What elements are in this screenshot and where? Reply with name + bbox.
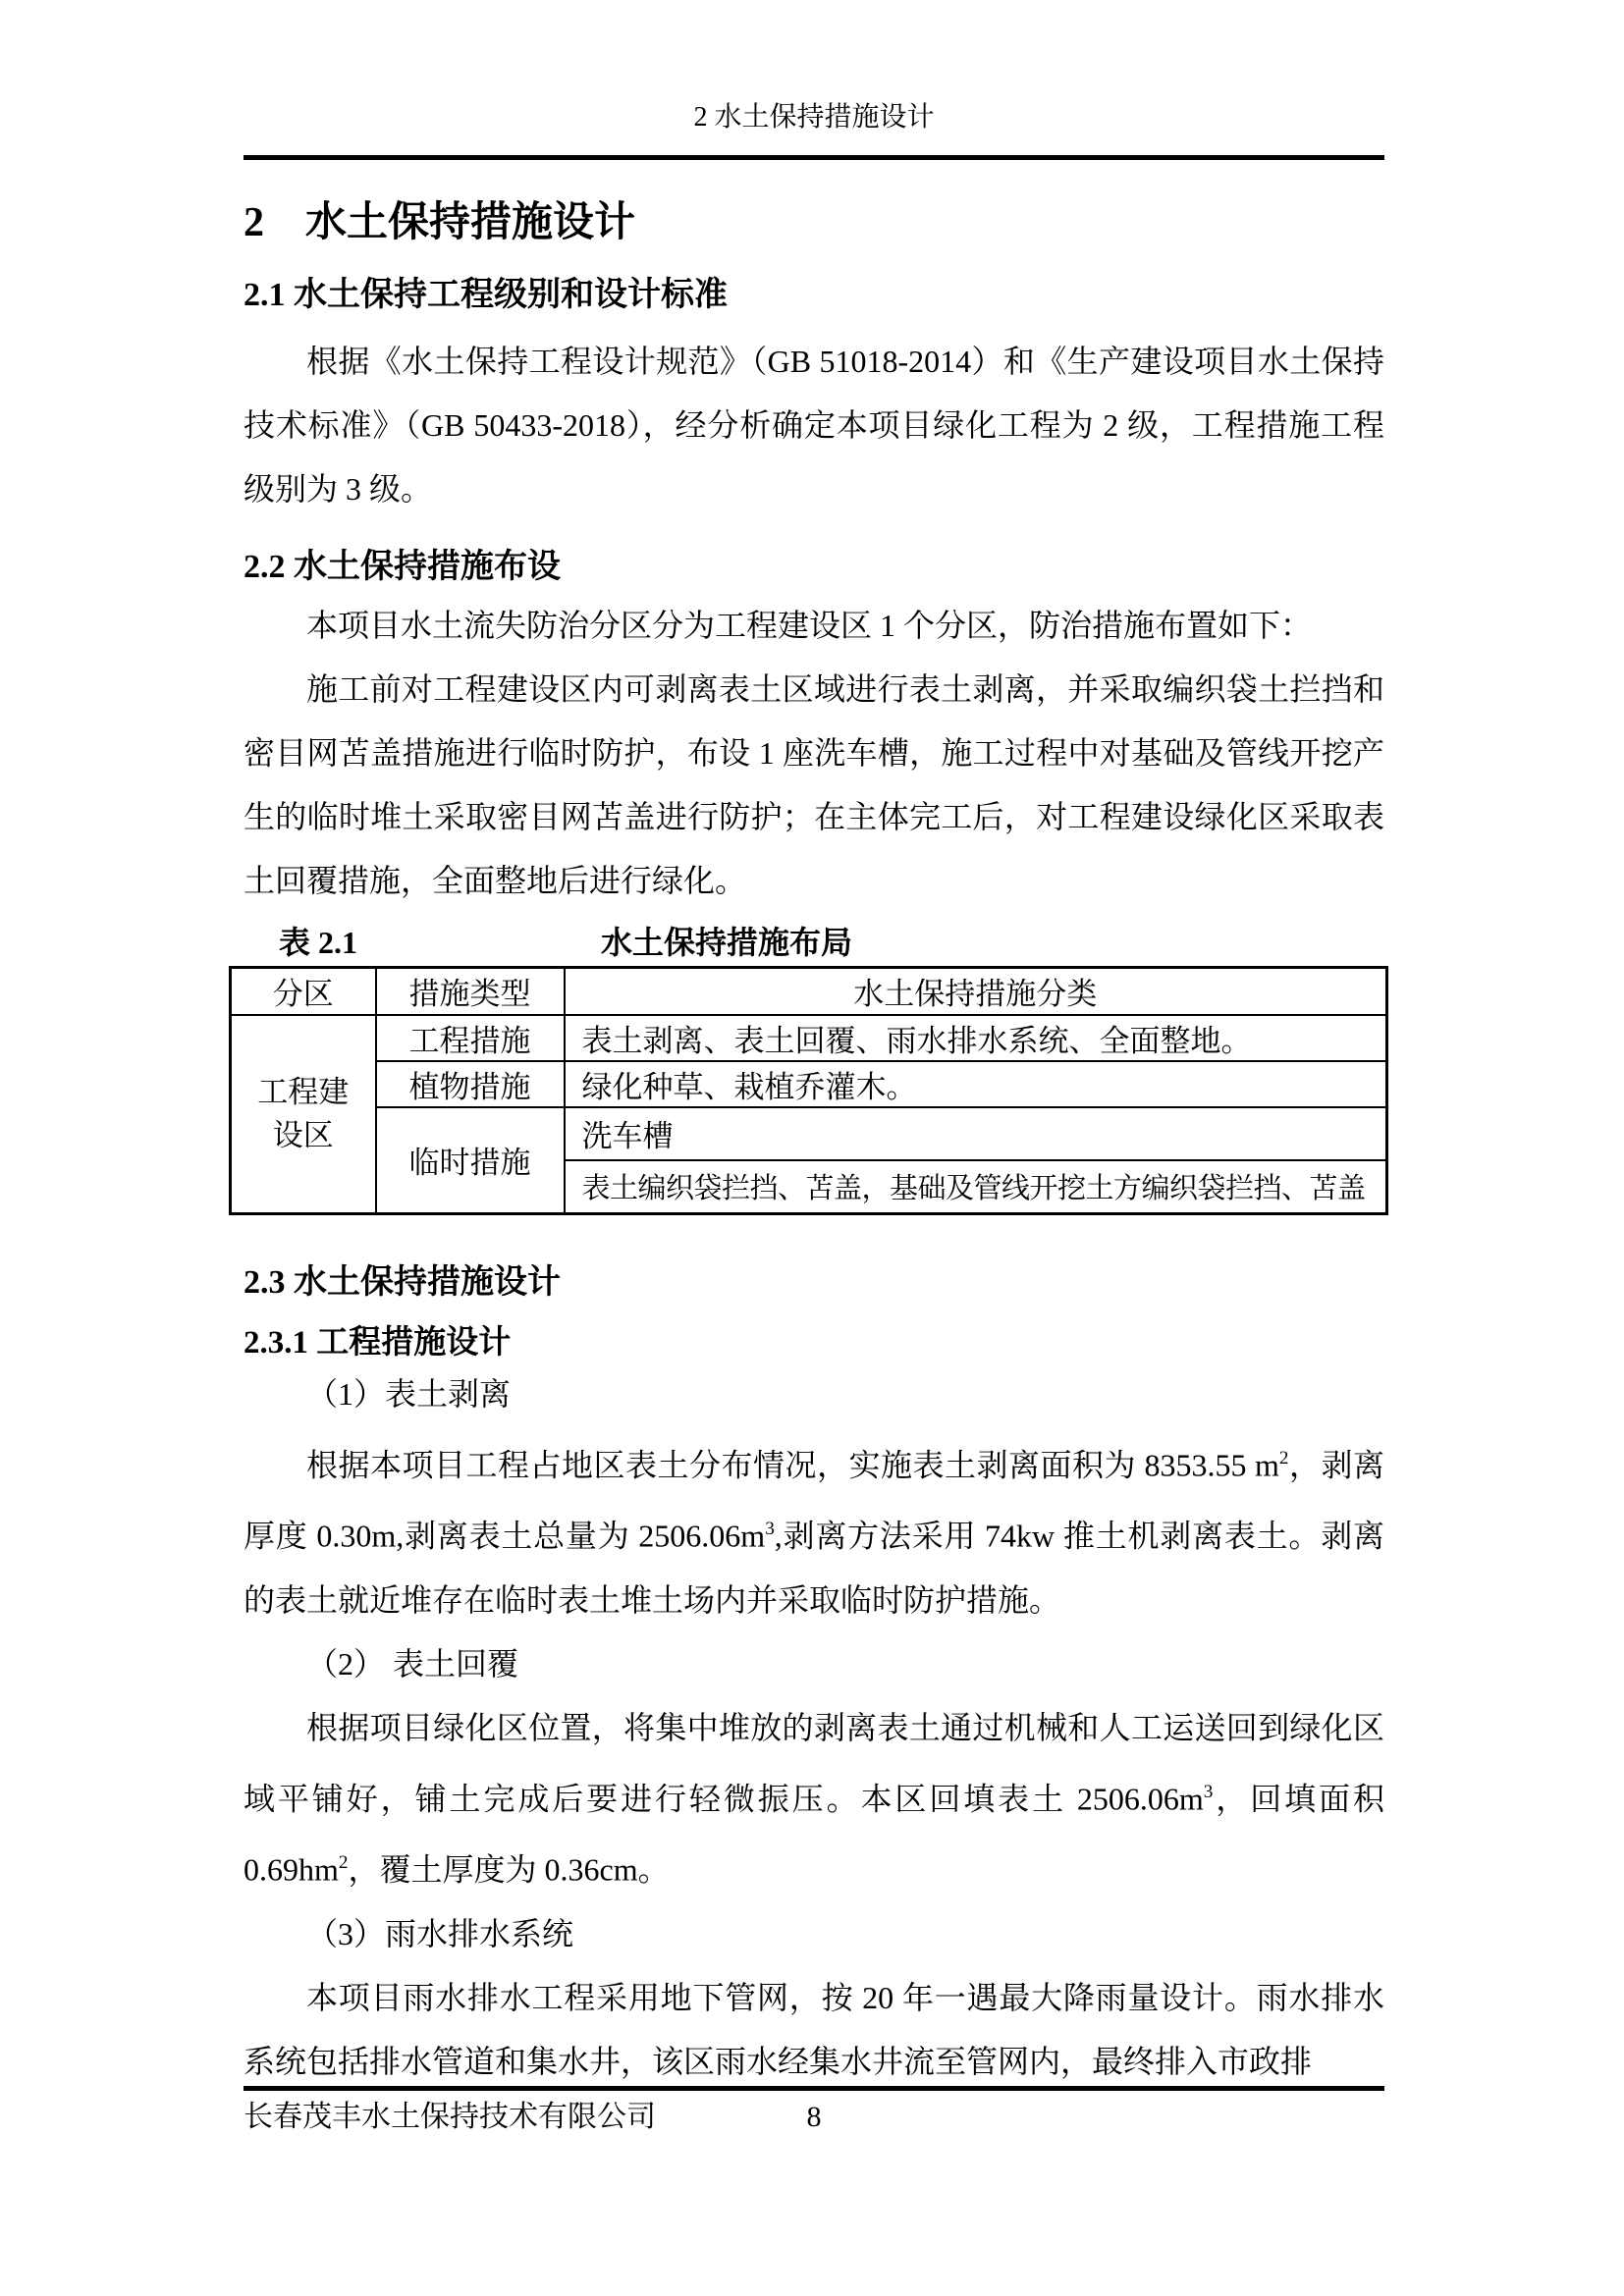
table-caption-title: 水土保持措施布局 xyxy=(601,925,852,960)
paragraph-topsoil-backfill: 根据项目绿化区位置，将集中堆放的剥离表土通过机械和人工运送回到绿化区域平铺好，铺… xyxy=(244,1696,1384,1902)
paragraph-2-1: 根据《水土保持工程设计规范》（GB 51018-2014）和《生产建设项目水土保… xyxy=(244,330,1384,521)
section-heading-2-2: 2.2 水土保持措施布设 xyxy=(244,547,1384,588)
table-cell-content: 洗车槽 xyxy=(565,1107,1387,1160)
table-header-row: 分区 措施类型 水土保持措施分类 xyxy=(231,968,1387,1015)
table-header-zone: 分区 xyxy=(231,968,376,1015)
list-item-label-2: （2） 表土回覆 xyxy=(244,1632,1384,1696)
page-footer: 长春茂丰水土保持技术有限公司 8 xyxy=(244,2097,1384,2138)
table-header-measure-type: 措施类型 xyxy=(376,968,565,1015)
page-header-title: 2 水土保持措施设计 xyxy=(244,100,1384,135)
paragraph-rainwater-drainage: 本项目雨水排水工程采用地下管网，按 20 年一遇最大降雨量设计。雨水排水系统包括… xyxy=(244,1966,1384,2094)
table-row: 临时措施 洗车槽 xyxy=(231,1107,1387,1160)
table-2-1: 分区 措施类型 水土保持措施分类 工程建 设区 工程措施 表土剥离、表土回覆、雨… xyxy=(229,966,1388,1215)
table-header-classification: 水土保持措施分类 xyxy=(565,968,1387,1015)
list-item-label-3: （3）雨水排水系统 xyxy=(244,1902,1384,1966)
paragraph-2-2-intro: 本项目水土流失防治分区分为工程建设区 1 个分区，防治措施布置如下： xyxy=(244,594,1384,658)
table-caption-label: 表 2.1 xyxy=(279,925,357,960)
header-rule xyxy=(244,155,1384,160)
paragraph-topsoil-stripping: 根据本项目工程占地区表土分布情况，实施表土剥离面积为 8353.55 m2，剥离… xyxy=(244,1426,1384,1632)
table-row: 工程建 设区 工程措施 表土剥离、表土回覆、雨水排水系统、全面整地。 xyxy=(231,1015,1387,1061)
table-cell-zone: 工程建 设区 xyxy=(231,1015,376,1214)
document-body: 2 水土保持措施设计 2.1 水土保持工程级别和设计标准 根据《水土保持工程设计… xyxy=(244,161,1384,2094)
table-cell-content: 表土编织袋拦挡、苫盖，基础及管线开挖土方编织袋拦挡、苫盖 xyxy=(565,1160,1387,1214)
table-row: 植物措施 绿化种草、栽植乔灌木。 xyxy=(231,1061,1387,1107)
table-cell-content: 绿化种草、栽植乔灌木。 xyxy=(565,1061,1387,1107)
document-page: 2 水土保持措施设计 2 水土保持措施设计 2.1 水土保持工程级别和设计标准 … xyxy=(0,0,1624,2296)
chapter-heading: 2 水土保持措施设计 xyxy=(244,200,1384,245)
table-cell-type: 临时措施 xyxy=(376,1107,565,1214)
table-cell-type: 工程措施 xyxy=(376,1015,565,1061)
page-number: 8 xyxy=(244,2097,1384,2138)
section-heading-2-3-1: 2.3.1 工程措施设计 xyxy=(244,1323,1384,1362)
paragraph-2-2-main: 施工前对工程建设区内可剥离表土区域进行表土剥离，并采取编织袋土拦挡和密目网苫盖措… xyxy=(244,658,1384,913)
section-heading-2-1: 2.1 水土保持工程级别和设计标准 xyxy=(244,275,1384,316)
footer-rule xyxy=(244,2086,1384,2091)
list-item-label-1: （1）表土剥离 xyxy=(244,1362,1384,1426)
table-cell-type: 植物措施 xyxy=(376,1061,565,1107)
section-heading-2-3: 2.3 水土保持措施设计 xyxy=(244,1262,1384,1304)
table-cell-content: 表土剥离、表土回覆、雨水排水系统、全面整地。 xyxy=(565,1015,1387,1061)
table-caption: 表 2.1 水土保持措施布局 xyxy=(244,923,1384,962)
